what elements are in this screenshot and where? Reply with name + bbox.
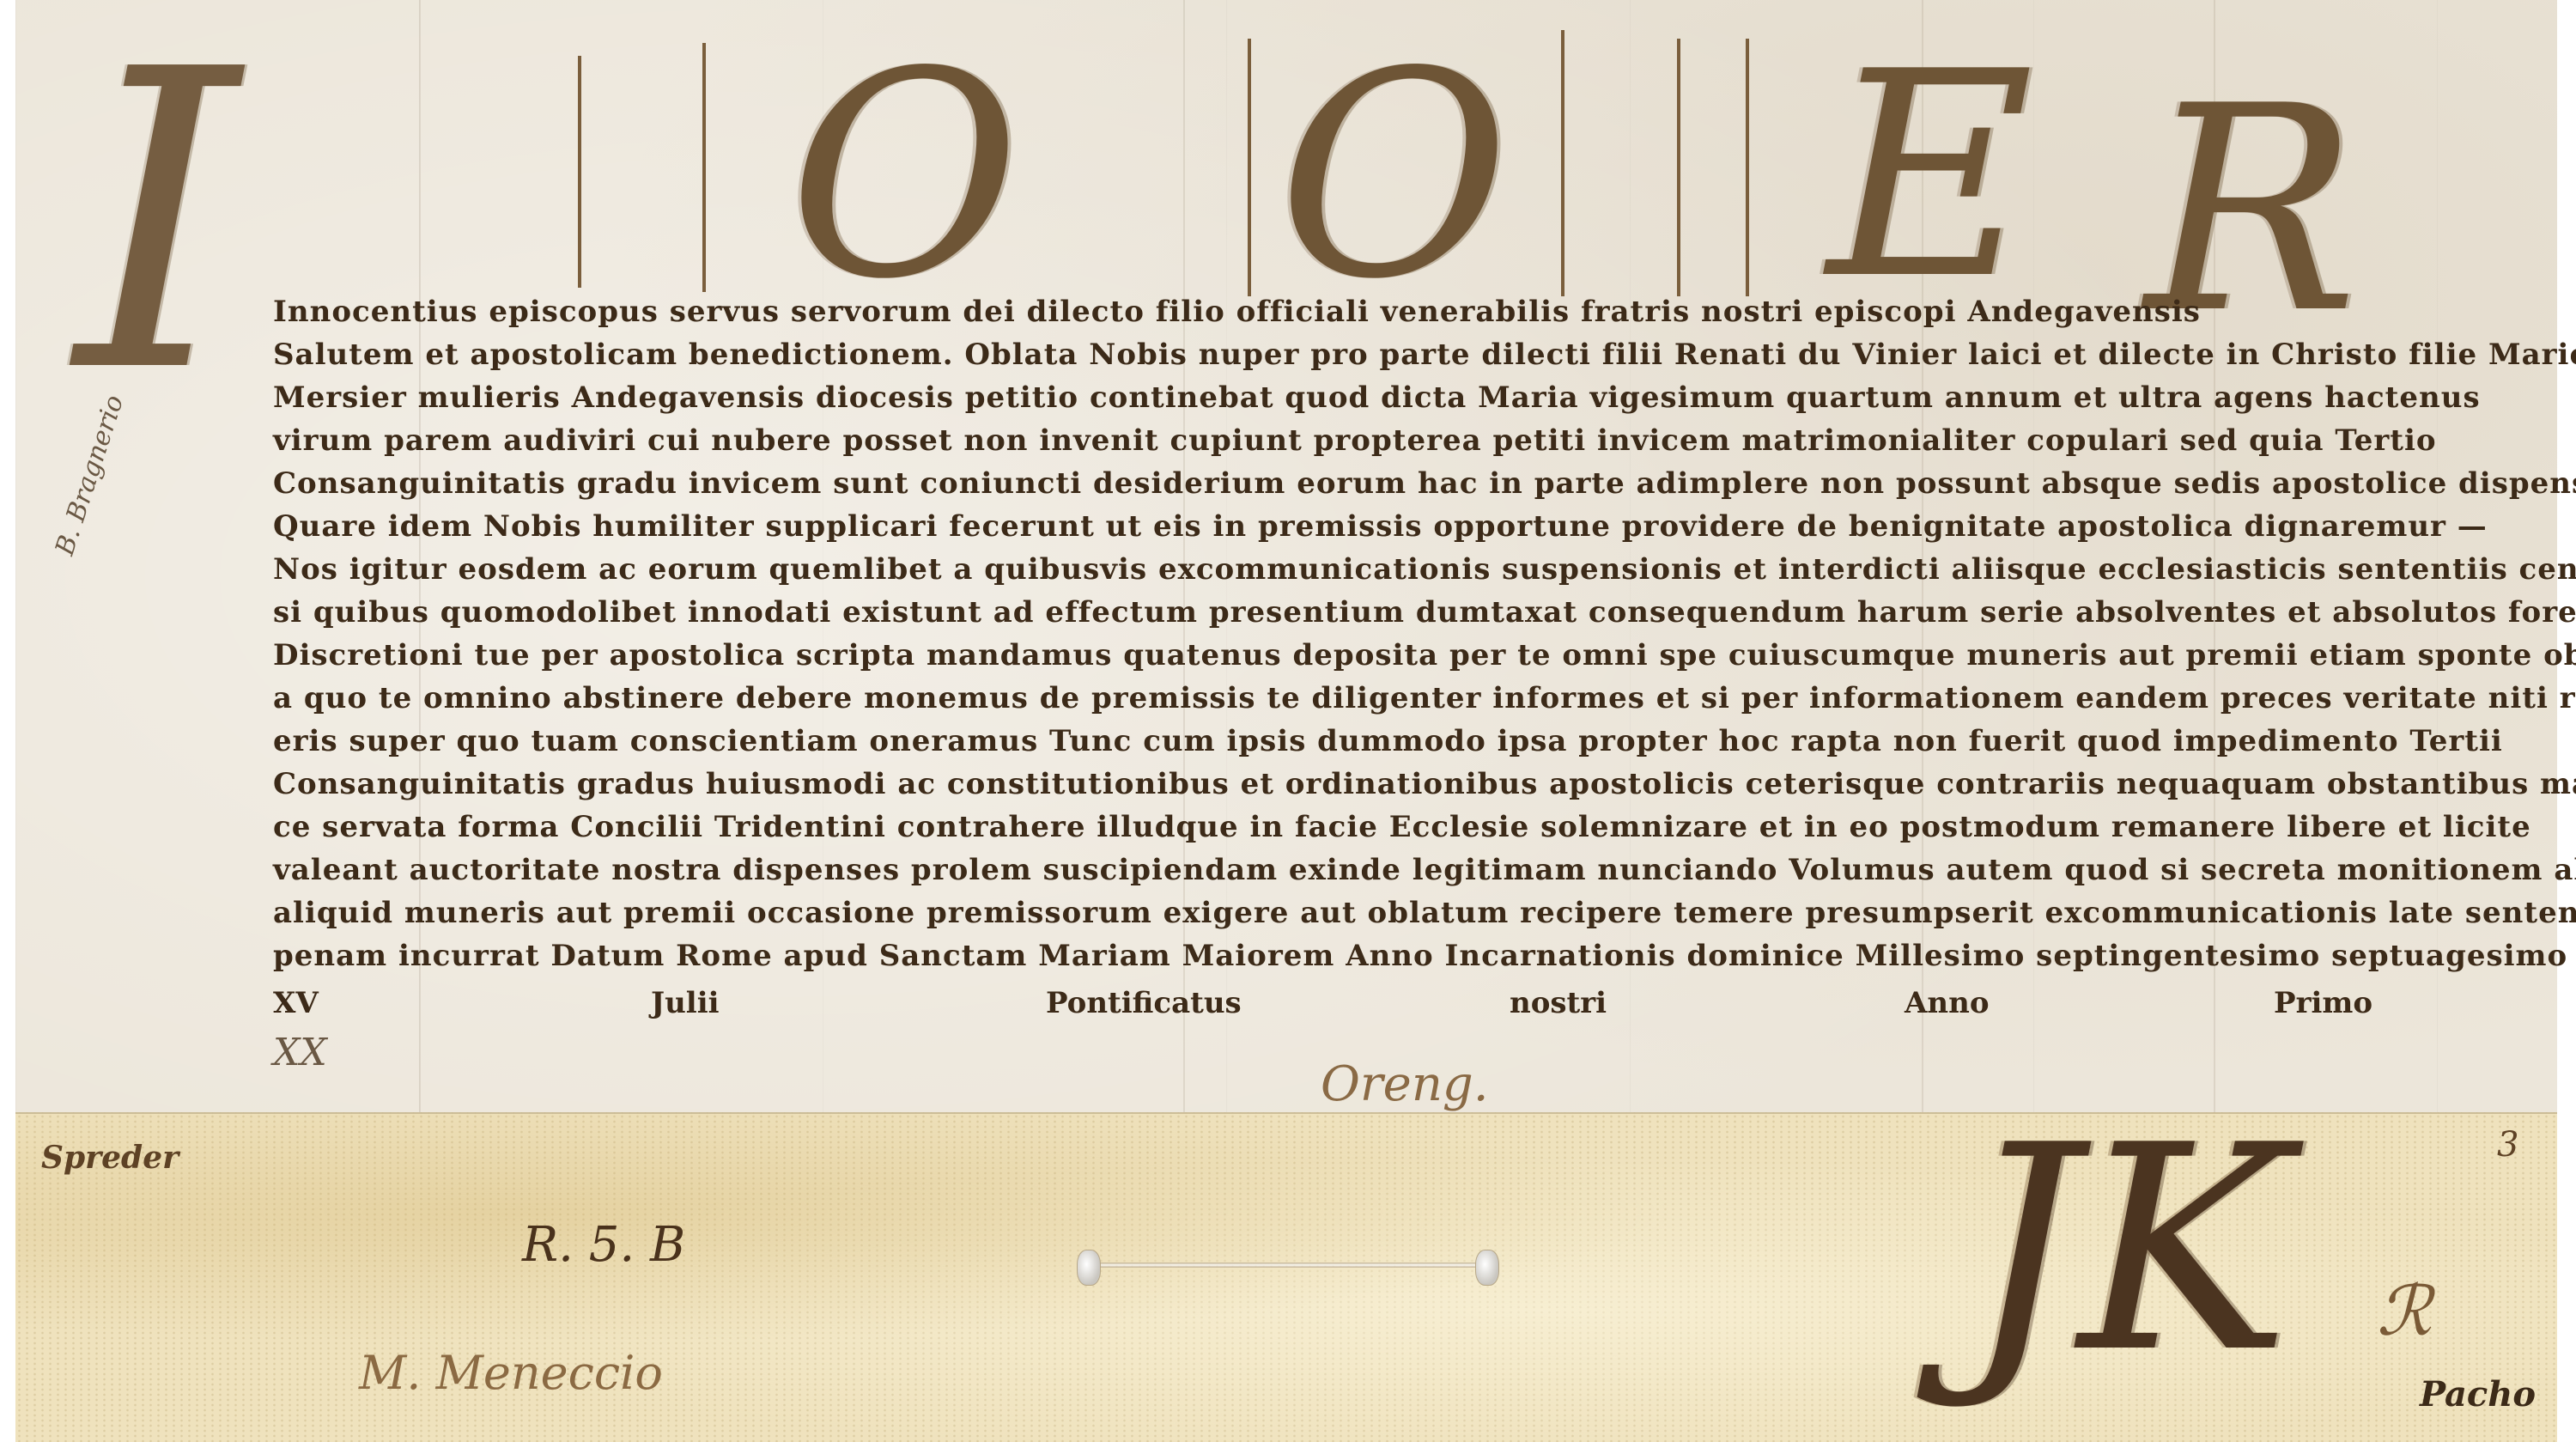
text-line: Quare idem Nobis humiliter supplicari fe… bbox=[273, 505, 2471, 548]
flourish-icon: ℛ bbox=[2377, 1271, 2432, 1351]
decorated-letter-o-second: O bbox=[1278, 34, 1510, 318]
header-text-line: Innocentius episcopus servus servorum de… bbox=[273, 290, 2471, 333]
text-line: aliquid muneris aut premii occasione pre… bbox=[273, 891, 2471, 934]
scribe-signature: Oreng. bbox=[1321, 1056, 1489, 1112]
text-line: virum parem audiviri cui nubere posset n… bbox=[273, 419, 2471, 462]
date-day: XV bbox=[273, 977, 319, 1029]
plica-name: Pacho bbox=[2420, 1374, 2536, 1415]
pontificatus-label: Pontificatus bbox=[1046, 977, 1242, 1029]
date-month: Julii bbox=[651, 977, 720, 1029]
text-line: valeant auctoritate nostra dispenses pro… bbox=[273, 849, 2471, 891]
anno-label: Anno bbox=[1905, 977, 1990, 1029]
seal-hole-icon bbox=[1475, 1250, 1499, 1286]
ascender-stroke bbox=[1677, 39, 1680, 296]
text-line: Consanguinitatis gradus huiusmodi ac con… bbox=[273, 763, 2471, 806]
text-line: Mersier mulieris Andegavensis diocesis p… bbox=[273, 376, 2471, 419]
text-line: Nos igitur eosdem ac eorum quemlibet a q… bbox=[273, 548, 2471, 591]
bull-text: Innocentius episcopus servus servorum de… bbox=[273, 290, 2471, 1029]
text-line: Consanguinitatis gradu invicem sunt coni… bbox=[273, 462, 2471, 505]
regnal-year: Primo bbox=[2274, 977, 2372, 1029]
decorated-letter-e: E bbox=[1827, 34, 2034, 318]
ascender-stroke bbox=[702, 43, 706, 292]
fold-mark: XX bbox=[273, 1031, 327, 1074]
text-line: a quo te omnino abstinere debere monemus… bbox=[273, 677, 2471, 720]
ascender-stroke bbox=[1746, 39, 1749, 296]
decorated-letter-o: O bbox=[788, 34, 1021, 318]
nostri-label: nostri bbox=[1510, 977, 1607, 1029]
plica-note-top-left: Spreder bbox=[41, 1140, 179, 1176]
text-line: ce servata forma Concilii Tridentini con… bbox=[273, 806, 2471, 849]
plica-decorated-initials: JK bbox=[1965, 1108, 2290, 1391]
date-line: XV Julii Pontificatus nostri Anno Primo bbox=[273, 977, 2471, 1029]
plica-number: 3 bbox=[2497, 1125, 2518, 1165]
text-line: Salutem et apostolicam benedictionem. Ob… bbox=[273, 333, 2471, 376]
seal-hole-icon bbox=[1077, 1250, 1101, 1286]
ascender-stroke bbox=[1248, 39, 1251, 296]
seal-cord bbox=[1080, 1263, 1492, 1268]
text-line: si quibus quomodolibet innodati existunt… bbox=[273, 591, 2471, 634]
plica-signature: M. Meneccio bbox=[359, 1346, 663, 1400]
ascender-stroke bbox=[1561, 30, 1564, 296]
ascender-stroke bbox=[578, 56, 581, 288]
text-line: eris super quo tuam conscientiam oneramu… bbox=[273, 720, 2471, 763]
decorated-initial-letter: I bbox=[76, 17, 239, 429]
text-line: Discretioni tue per apostolica scripta m… bbox=[273, 634, 2471, 677]
text-line: penam incurrat Datum Rome apud Sanctam M… bbox=[273, 934, 2471, 977]
document-body-area: I O O E R B. Bragnerio Innocentius episc… bbox=[15, 0, 2557, 1112]
plica-reference-number: R. 5. B bbox=[522, 1217, 685, 1273]
parchment-sheet: I O O E R B. Bragnerio Innocentius episc… bbox=[15, 0, 2557, 1440]
